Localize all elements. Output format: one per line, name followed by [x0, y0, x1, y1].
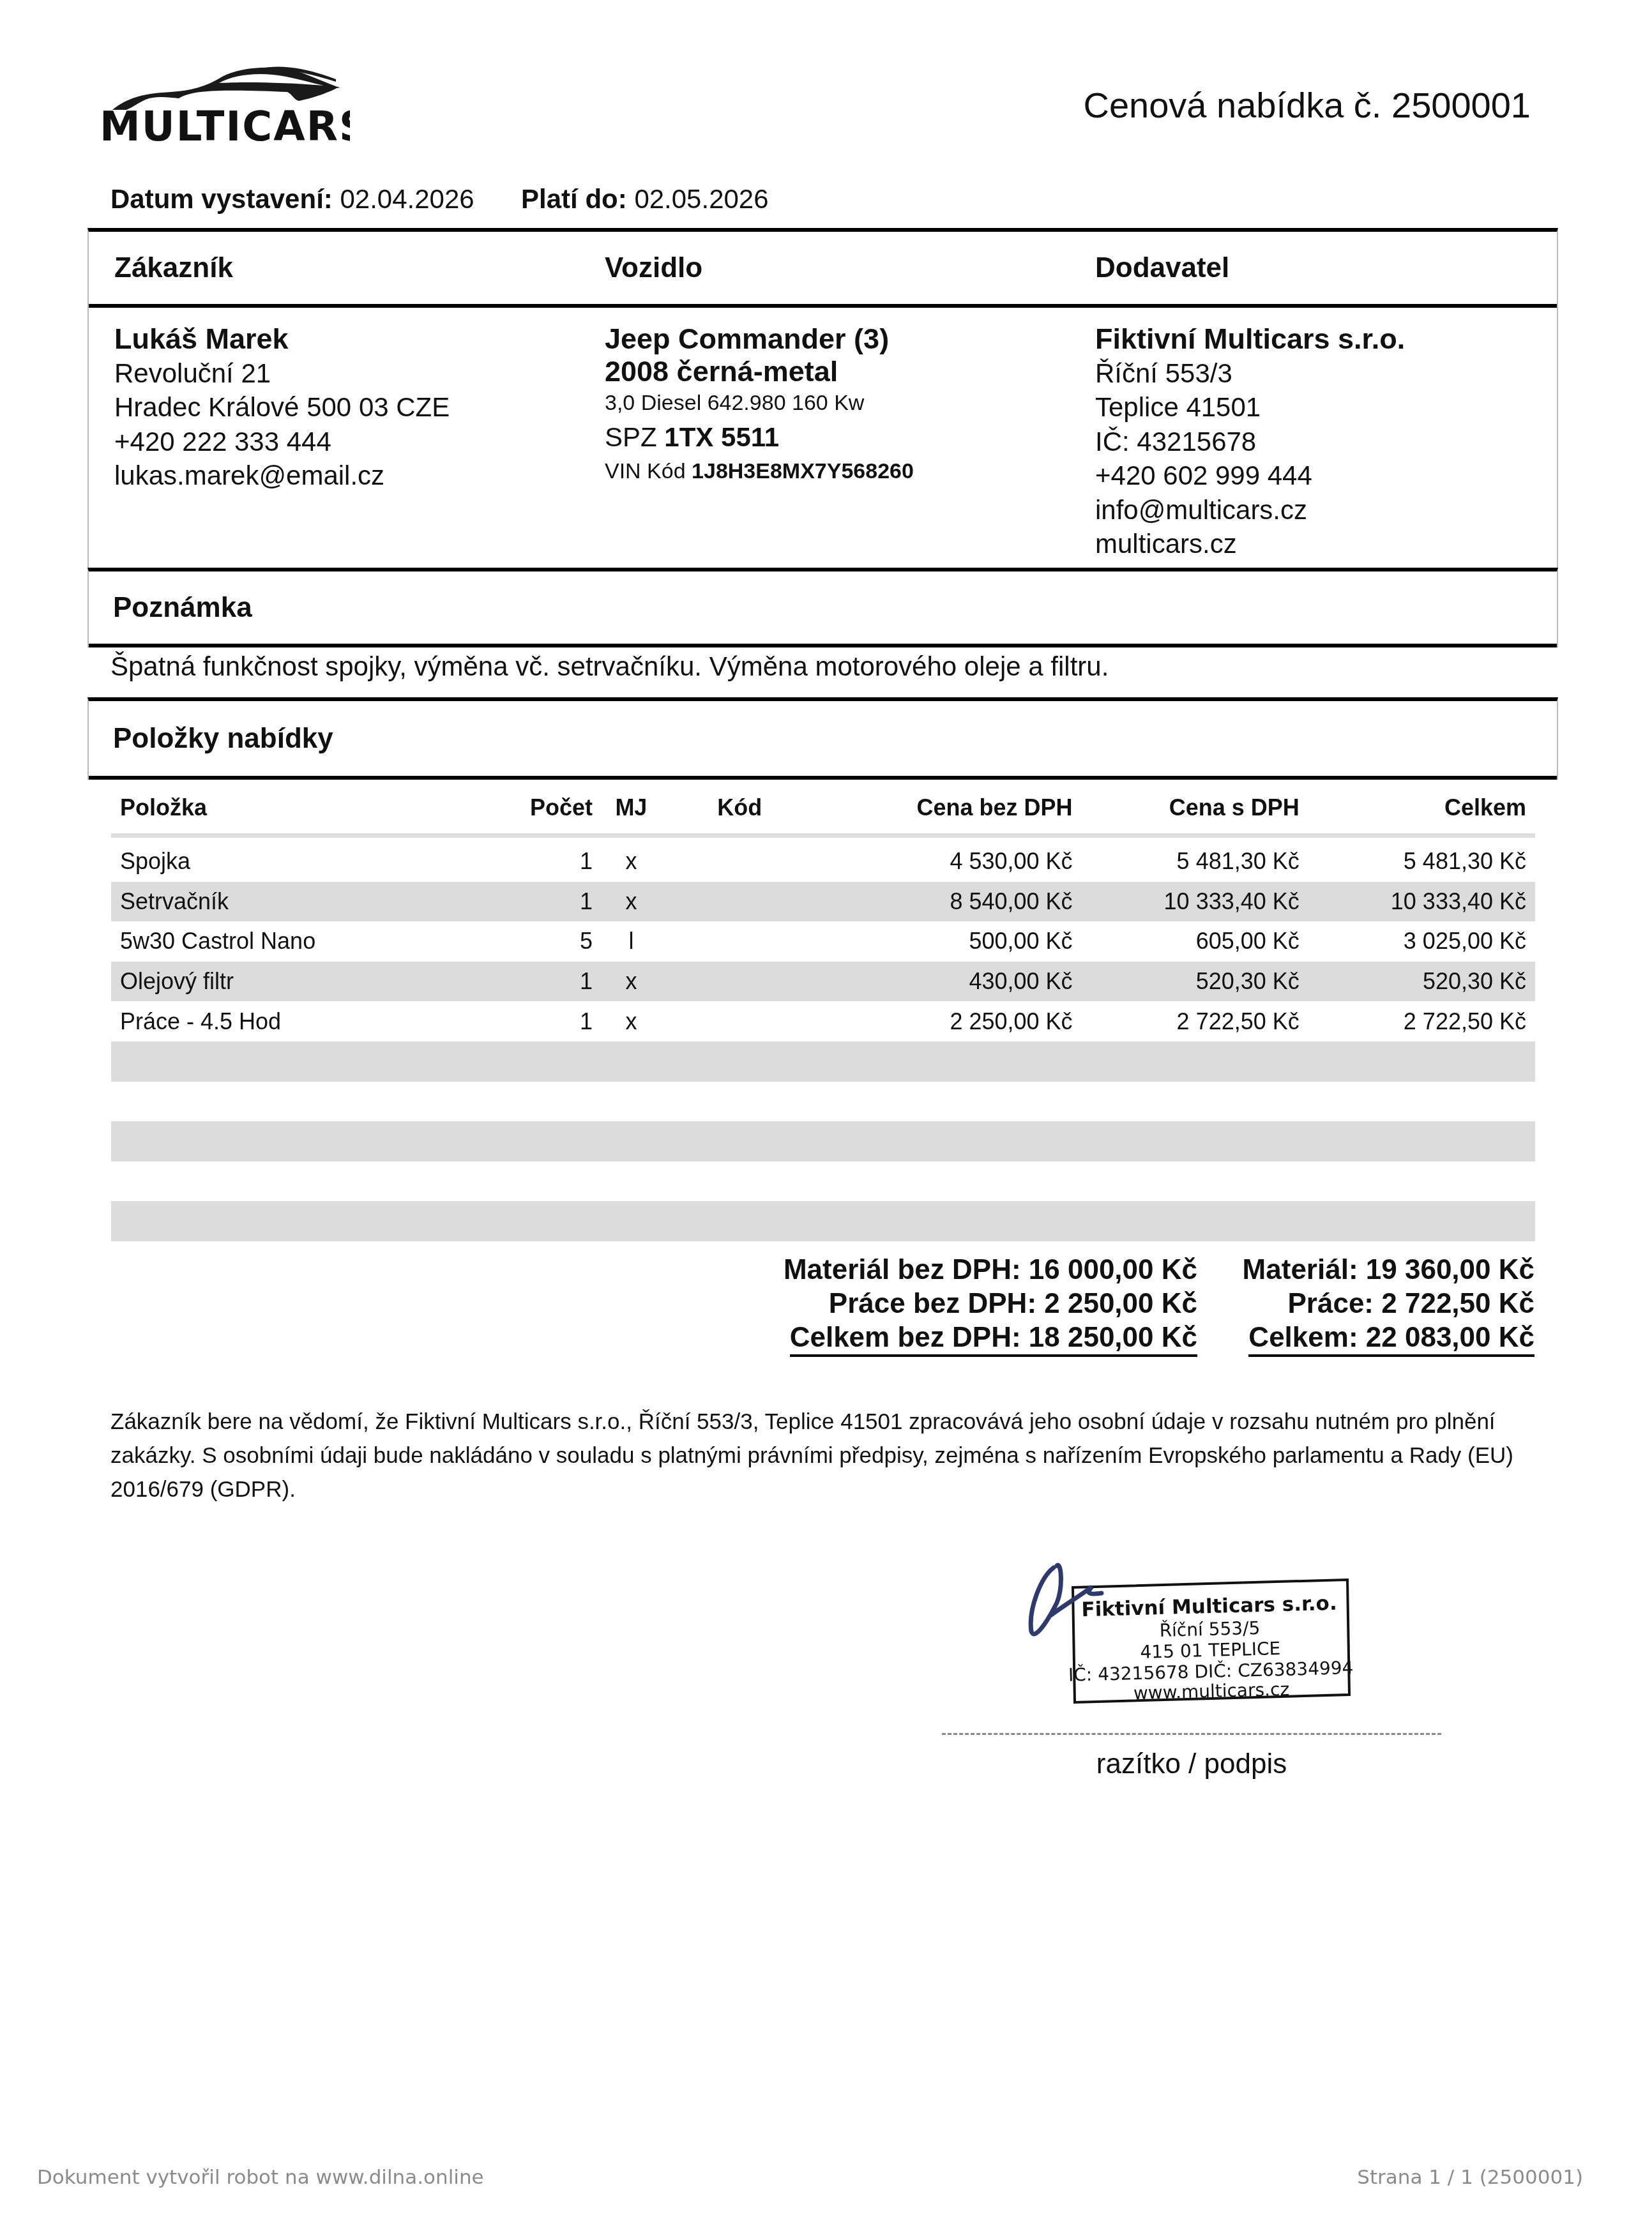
totals-gross: Materiál: 19 360,00 Kč Práce: 2 722,50 K… [1243, 1253, 1535, 1357]
table-row [111, 1162, 1535, 1202]
table-row [111, 1121, 1535, 1162]
vehicle-vin-line: VIN Kód 1J8H3E8MX7Y568260 [605, 455, 914, 489]
col-price-gross: Cena s DPH [1082, 782, 1308, 836]
customer-name: Lukáš Marek [114, 322, 450, 356]
supplier-phone: +420 602 999 444 [1095, 458, 1405, 493]
grand-gross-total: Celkem: 22 083,00 Kč [1248, 1321, 1535, 1357]
col-code: Kód [661, 782, 819, 836]
item-name [111, 1121, 519, 1162]
item-price-net [819, 1162, 1082, 1202]
item-code [661, 836, 819, 882]
customer-heading: Zákazník [114, 252, 233, 284]
item-qty [519, 1201, 602, 1241]
items-header-row: Položka Počet MJ Kód Cena bez DPH Cena s… [111, 782, 1535, 836]
footer-credit: Dokument vytvořil robot na www.dilna.onl… [37, 2166, 484, 2189]
item-price-gross: 5 481,30 Kč [1082, 836, 1308, 882]
item-price-net [819, 1201, 1082, 1241]
item-price-gross [1082, 1082, 1308, 1122]
item-unit: x [602, 1001, 661, 1041]
col-unit: MJ [602, 782, 661, 836]
col-qty: Počet [519, 782, 602, 836]
item-price-gross [1082, 1201, 1308, 1241]
item-code [661, 962, 819, 1002]
item-code [661, 1162, 819, 1202]
customer-city: Hradec Králové 500 03 CZE [114, 390, 450, 425]
item-qty [519, 1241, 602, 1282]
table-row: Olejový filtr 1 x 430,00 Kč 520,30 Kč 52… [111, 962, 1535, 1002]
item-price-gross: 605,00 Kč [1082, 921, 1308, 962]
item-name [111, 1201, 519, 1241]
item-name: Práce - 4.5 Hod [111, 1001, 519, 1041]
col-item: Položka [111, 782, 519, 836]
item-name [111, 1162, 519, 1202]
table-row [111, 1082, 1535, 1122]
item-price-net: 8 540,00 Kč [819, 882, 1082, 922]
customer-details: Lukáš Marek Revoluční 21 Hradec Králové … [114, 322, 450, 493]
item-unit [602, 1241, 661, 1282]
svg-text:Říční 553/5: Říční 553/5 [1159, 1617, 1261, 1641]
item-price-gross: 10 333,40 Kč [1082, 882, 1308, 922]
item-code [661, 1001, 819, 1041]
note-text: Špatná funkčnost spojky, výměna vč. setr… [110, 651, 1109, 682]
vehicle-vin: 1J8H3E8MX7Y568260 [692, 459, 914, 483]
item-qty: 1 [519, 1001, 602, 1041]
item-name: Setrvačník [111, 882, 519, 922]
item-qty: 1 [519, 882, 602, 922]
item-name [111, 1241, 519, 1282]
item-qty [519, 1162, 602, 1202]
item-unit: x [602, 836, 661, 882]
item-code [661, 1201, 819, 1241]
item-unit [602, 1121, 661, 1162]
item-price-net: 2 250,00 Kč [819, 1001, 1082, 1041]
supplier-name: Fiktivní Multicars s.r.o. [1095, 322, 1405, 356]
totals-net: Materiál bez DPH: 16 000,00 Kč Práce bez… [784, 1253, 1197, 1357]
item-price-net [819, 1121, 1082, 1162]
item-total: 520,30 Kč [1308, 962, 1535, 1002]
labor-gross-total: Práce: 2 722,50 Kč [1243, 1287, 1535, 1321]
supplier-ico: IČ: 43215678 [1095, 425, 1405, 459]
vehicle-heading: Vozidlo [605, 252, 702, 284]
grand-net-total: Celkem bez DPH: 18 250,00 Kč [790, 1321, 1197, 1357]
issue-date: 02.04.2026 [340, 184, 474, 214]
item-qty: 1 [519, 836, 602, 882]
supplier-city: Teplice 41501 [1095, 390, 1405, 425]
multicars-logo: MULTICARS [95, 51, 350, 147]
valid-until-date: 02.05.2026 [634, 184, 768, 214]
item-unit [602, 1041, 661, 1082]
item-price-gross [1082, 1162, 1308, 1202]
item-total: 5 481,30 Kč [1308, 836, 1535, 882]
item-qty [519, 1121, 602, 1162]
item-code [661, 1121, 819, 1162]
customer-email: lukas.marek@email.cz [114, 458, 450, 493]
col-total: Celkem [1308, 782, 1535, 836]
supplier-email: info@multicars.cz [1095, 493, 1405, 527]
item-name: 5w30 Castrol Nano [111, 921, 519, 962]
items-section: Položky nabídky [87, 697, 1558, 780]
item-price-gross: 520,30 Kč [1082, 962, 1308, 1002]
item-name: Olejový filtr [111, 962, 519, 1002]
table-row [111, 1041, 1535, 1082]
item-price-net [819, 1082, 1082, 1122]
gdpr-notice: Zákazník bere na vědomí, že Fiktivní Mul… [110, 1405, 1554, 1506]
item-total [1308, 1121, 1535, 1162]
item-qty: 1 [519, 962, 602, 1002]
item-unit: x [602, 882, 661, 922]
item-name: Spojka [111, 836, 519, 882]
items-heading: Položky nabídky [89, 701, 1557, 780]
svg-text:MULTICARS: MULTICARS [100, 103, 350, 147]
vehicle-plate: 1TX 5511 [664, 422, 779, 452]
vehicle-engine: 3,0 Diesel 642.980 160 Kw [605, 386, 914, 421]
item-price-net: 500,00 Kč [819, 921, 1082, 962]
item-total: 10 333,40 Kč [1308, 882, 1535, 922]
plate-label: SPZ [605, 422, 657, 452]
item-qty [519, 1041, 602, 1082]
supplier-web: multicars.cz [1095, 527, 1405, 561]
material-gross-total: Materiál: 19 360,00 Kč [1243, 1253, 1535, 1287]
material-net-total: Materiál bez DPH: 16 000,00 Kč [784, 1253, 1197, 1287]
item-total: 2 722,50 Kč [1308, 1001, 1535, 1041]
item-unit [602, 1201, 661, 1241]
note-section: Poznámka [87, 568, 1558, 647]
item-total [1308, 1041, 1535, 1082]
item-price-gross: 2 722,50 Kč [1082, 1001, 1308, 1041]
vehicle-year-color: 2008 černá-metal [605, 356, 914, 386]
customer-street: Revoluční 21 [114, 356, 450, 391]
signature-label: razítko / podpis [942, 1748, 1441, 1780]
valid-until-label: Platí do: [521, 184, 627, 214]
items-table: Položka Počet MJ Kód Cena bez DPH Cena s… [111, 782, 1535, 1282]
item-unit [602, 1162, 661, 1202]
labor-net-total: Práce bez DPH: 2 250,00 Kč [784, 1287, 1197, 1321]
item-code [661, 1082, 819, 1122]
svg-text:www.multicars.cz: www.multicars.cz [1133, 1679, 1290, 1704]
table-row [111, 1201, 1535, 1241]
item-name [111, 1041, 519, 1082]
item-code [661, 882, 819, 922]
item-price-gross [1082, 1041, 1308, 1082]
item-price-net: 4 530,00 Kč [819, 836, 1082, 882]
item-price-net [819, 1041, 1082, 1082]
supplier-details: Fiktivní Multicars s.r.o. Říční 553/3 Te… [1095, 322, 1405, 561]
table-row: Setrvačník 1 x 8 540,00 Kč 10 333,40 Kč … [111, 882, 1535, 922]
customer-phone: +420 222 333 444 [114, 425, 450, 459]
signature-line [942, 1733, 1441, 1735]
item-unit: l [602, 921, 661, 962]
table-row: Práce - 4.5 Hod 1 x 2 250,00 Kč 2 722,50… [111, 1001, 1535, 1041]
supplier-street: Říční 553/3 [1095, 356, 1405, 391]
item-qty: 5 [519, 921, 602, 962]
table-row: Spojka 1 x 4 530,00 Kč 5 481,30 Kč 5 481… [111, 836, 1535, 882]
item-price-net: 430,00 Kč [819, 962, 1082, 1002]
note-heading: Poznámka [89, 571, 1557, 647]
item-price-gross [1082, 1121, 1308, 1162]
item-total [1308, 1162, 1535, 1202]
signature-icon [1015, 1552, 1137, 1647]
vin-label: VIN Kód [605, 459, 686, 483]
item-total [1308, 1201, 1535, 1241]
item-unit: x [602, 962, 661, 1002]
item-code [661, 1041, 819, 1082]
parties-section: Zákazník Vozidlo Dodavatel Lukáš Marek R… [87, 228, 1558, 573]
col-price-net: Cena bez DPH [819, 782, 1082, 836]
supplier-heading: Dodavatel [1095, 252, 1229, 284]
issue-date-label: Datum vystavení: [110, 184, 333, 214]
document-title: Cenová nabídka č. 2500001 [1083, 84, 1531, 126]
item-code [661, 921, 819, 962]
vehicle-plate-line: SPZ 1TX 5511 [605, 420, 914, 455]
footer-page-number: Strana 1 / 1 (2500001) [1357, 2166, 1583, 2189]
item-unit [602, 1082, 661, 1122]
vehicle-model: Jeep Commander (3) [605, 322, 914, 356]
item-total: 3 025,00 Kč [1308, 921, 1535, 962]
item-qty [519, 1082, 602, 1122]
table-row: 5w30 Castrol Nano 5 l 500,00 Kč 605,00 K… [111, 921, 1535, 962]
document-dates: Datum vystavení: 02.04.2026 Platí do: 02… [110, 184, 769, 215]
item-name [111, 1082, 519, 1122]
vehicle-details: Jeep Commander (3) 2008 černá-metal 3,0 … [605, 322, 914, 488]
item-total [1308, 1082, 1535, 1122]
